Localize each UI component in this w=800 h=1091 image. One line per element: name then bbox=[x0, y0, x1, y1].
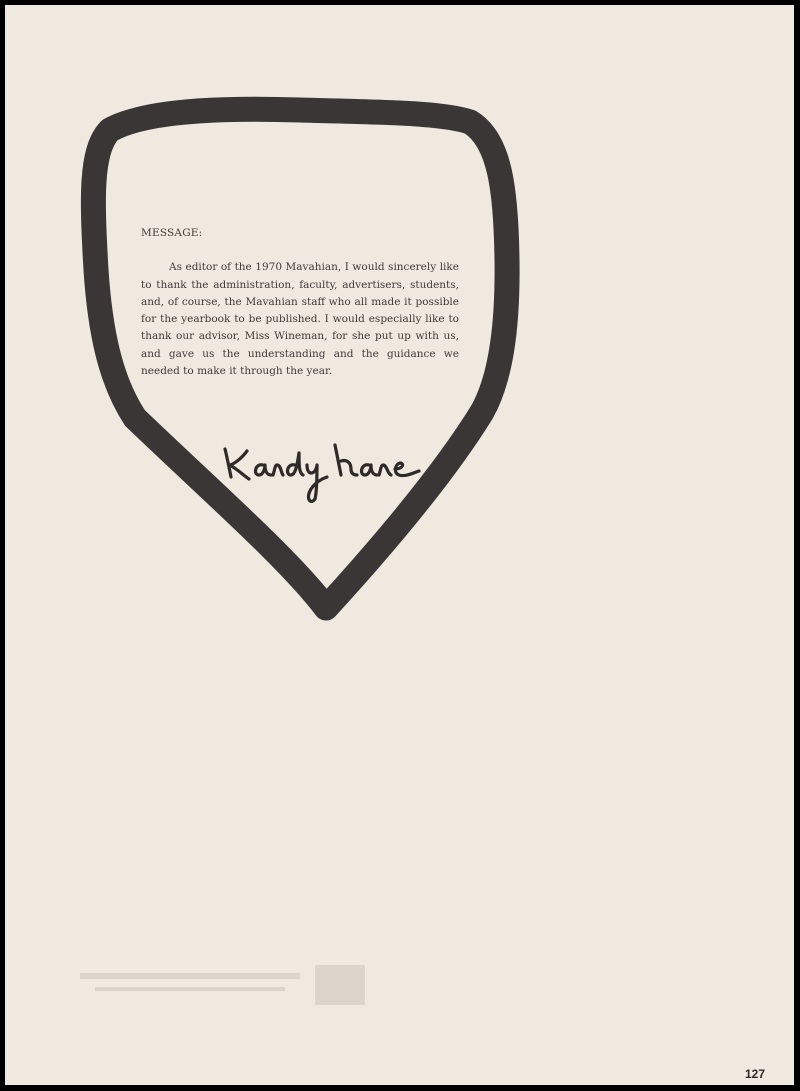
page-number: 127 bbox=[745, 1067, 765, 1081]
editor-message: MESSAGE: As editor of the 1970 Mavahian,… bbox=[141, 225, 459, 380]
bleed-through-marks bbox=[80, 965, 365, 1005]
yearbook-page: MESSAGE: As editor of the 1970 Mavahian,… bbox=[5, 5, 794, 1085]
signature-handwriting-icon bbox=[217, 437, 447, 507]
message-heading: MESSAGE: bbox=[141, 225, 459, 242]
message-body: As editor of the 1970 Mavahian, I would … bbox=[141, 259, 459, 380]
signature: Kandy Kane bbox=[217, 437, 447, 512]
shield-outline-graphic bbox=[5, 5, 794, 1085]
